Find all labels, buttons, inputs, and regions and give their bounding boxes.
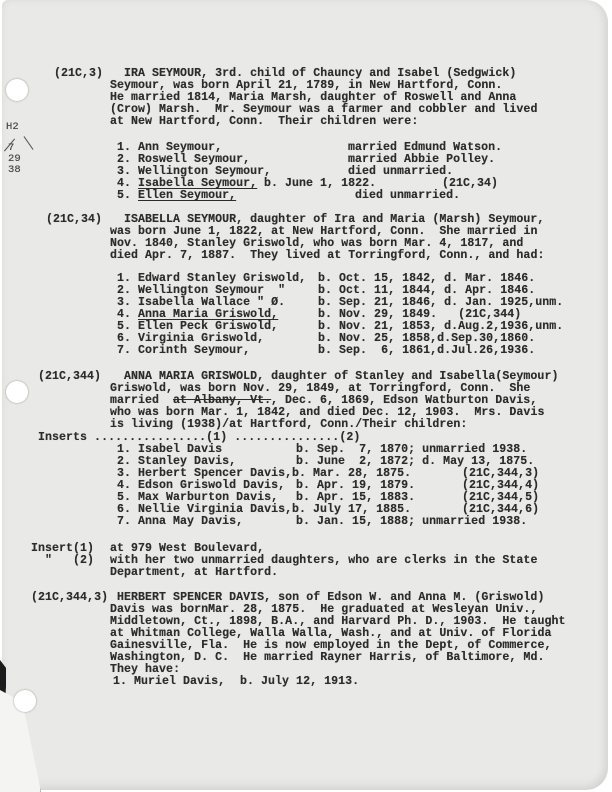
child-num: 1. [113,676,127,688]
section-ref: (21C,3) [54,68,103,80]
margin-note-h2: H2 [6,121,19,133]
insert-label: " (2) [31,555,94,567]
child-detail: b. July 12, 1913. [240,676,359,688]
paragraph-line: died Apr. 7, 1887. They lived at Torring… [110,250,544,262]
child-detail: b. Sep. 6, 1861,d.Jul.26,1936. [318,345,535,357]
child-detail: b. Jan. 15, 1888; unmarried 1938. [296,516,527,528]
insert-text: Department, at Hartford. [110,567,278,579]
section-ref: (21C,34) [46,214,102,226]
section-ref: (21C,344) [38,371,101,383]
child-name: Muriel Davis, [134,676,225,688]
child-num: 5. [117,190,131,202]
child-name: Anna May Davis, [138,516,243,528]
section-ref: (21C,344,3) [31,592,108,604]
margin-note-38: 38 [8,164,21,176]
child-num: 7. [117,516,131,528]
punch-hole-top [6,79,28,101]
punch-hole-bottom [14,690,36,712]
paragraph-line: at New Hartford, Conn. Their children we… [110,116,418,128]
child-detail: died unmarried. [355,190,460,202]
paragraph-line: is living (1938)/at Hartford, Conn./Thei… [110,419,467,431]
child-name: Ellen Seymour, [138,190,236,202]
child-num: 7. [117,345,131,357]
punch-hole-middle [6,381,28,403]
child-name: Corinth Seymour, [138,345,250,357]
